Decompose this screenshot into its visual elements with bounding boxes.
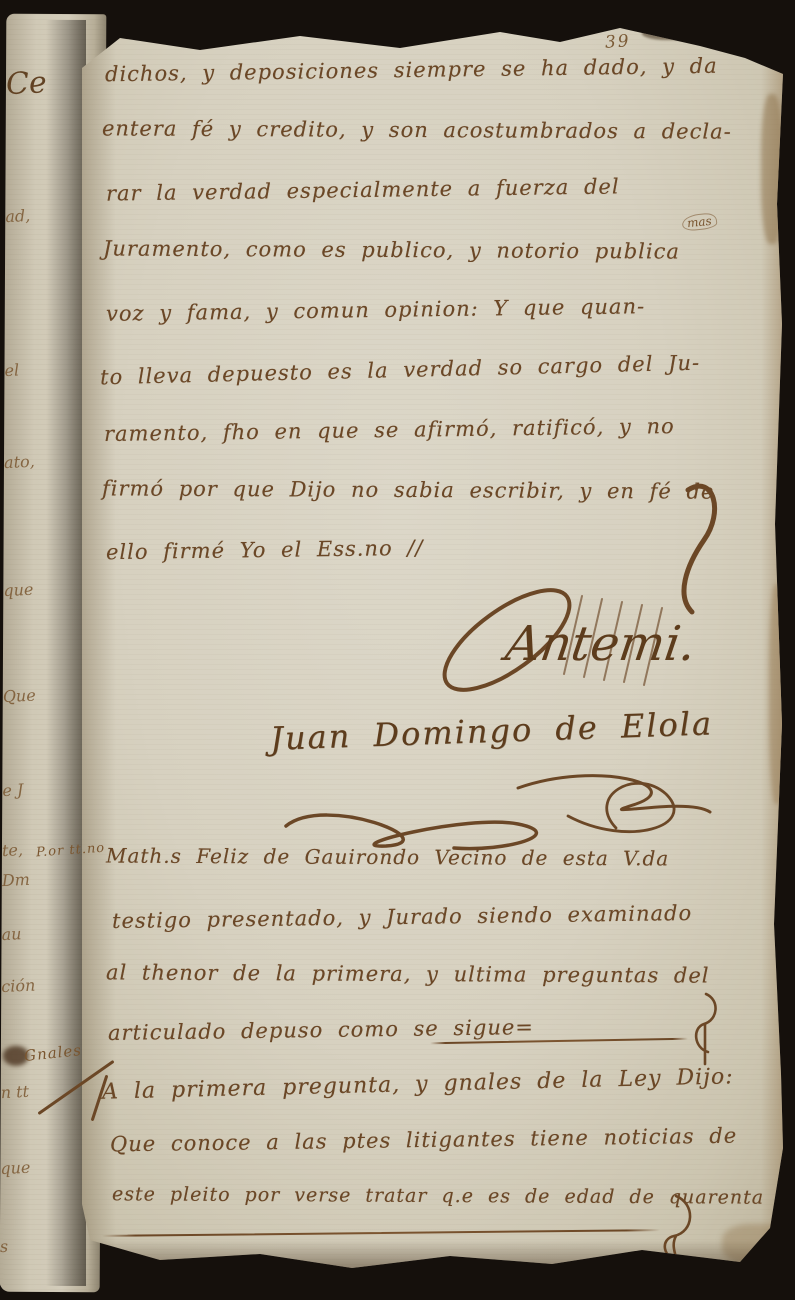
rubric-scribble-left (286, 815, 536, 849)
manuscript-page: 39 dichos, y deposiciones siempre se ha … (82, 24, 785, 1288)
edge-tear (761, 94, 783, 244)
closing-rule-flourish (654, 1190, 700, 1278)
manuscript-line: entera fé y credito, y son acostumbrados… (102, 116, 732, 143)
manuscript-line: ello firmé Yo el Ess.no // (106, 536, 424, 564)
flourish-curl (665, 1196, 690, 1274)
edge-tear (642, 24, 702, 40)
flourish-curl (696, 994, 715, 1064)
manuscript-line: al thenor de la primera, y ultima pregun… (106, 960, 710, 987)
manuscript-line: Math.s Feliz de Gauirondo Vecino de esta… (106, 844, 669, 871)
manuscript-photo: Ce ad, el ato, que Que e J te, Dm au ció… (0, 0, 795, 1300)
left-page-fragment: s (0, 1235, 52, 1256)
manuscript-line: Juramento, como es publico, y notorio pu… (103, 236, 680, 263)
ante-mi-rubric: Antemi. (412, 474, 752, 724)
rubric-s-curl (684, 486, 715, 612)
edge-tear (769, 584, 785, 804)
ante-mi-text: Antemi. (498, 616, 699, 672)
left-page-fragment: que (0, 1157, 53, 1178)
line-end-flourish (690, 990, 724, 1070)
folio-number: 39 (604, 31, 631, 53)
